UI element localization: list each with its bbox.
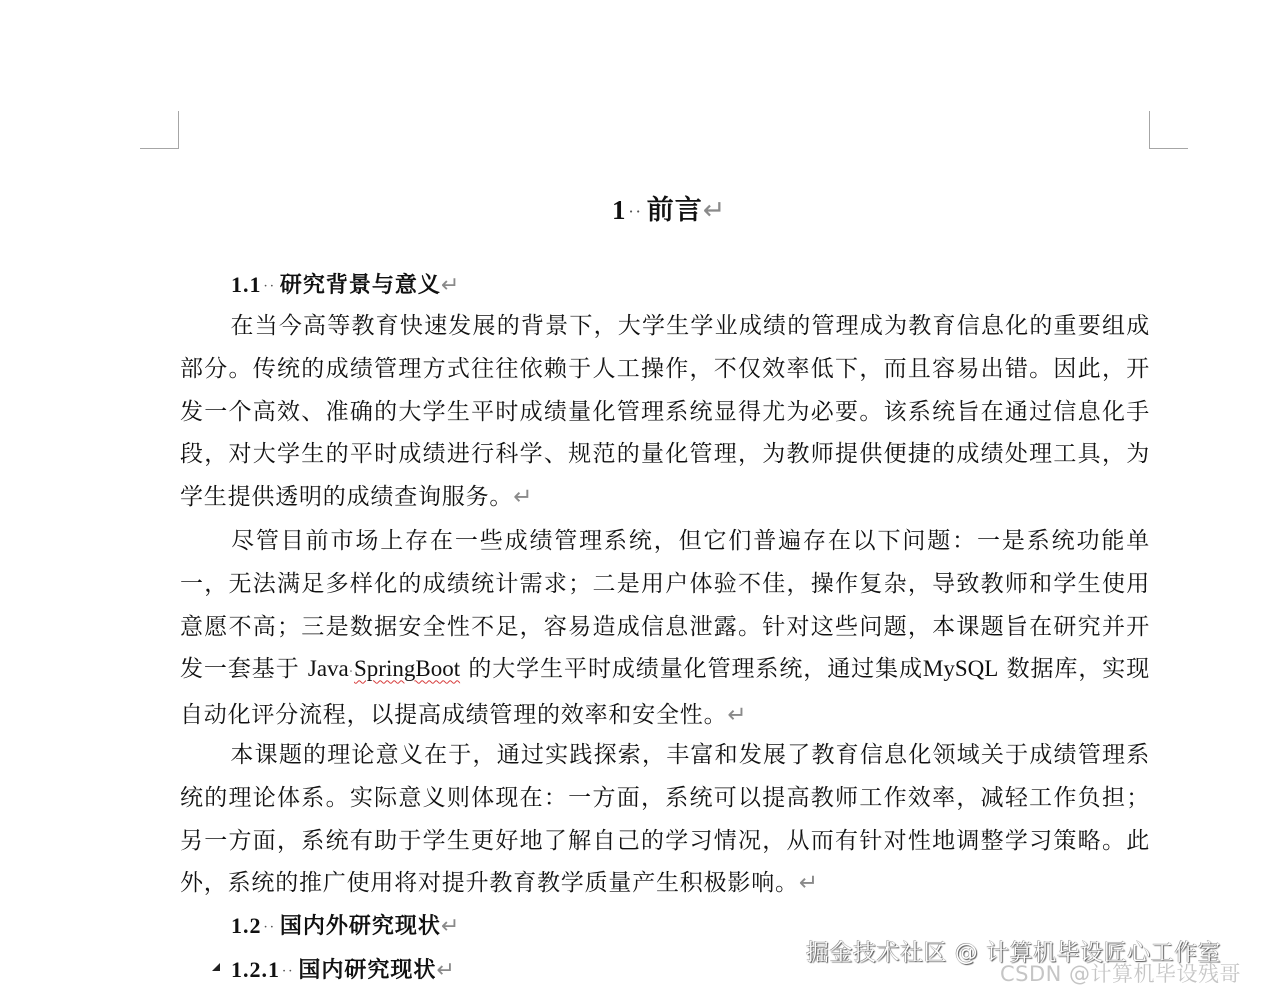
term-java: Java <box>308 656 349 681</box>
heading-number: 1.2 <box>231 913 262 938</box>
tab-space-marks: ·· <box>629 202 643 221</box>
heading-title: 研究背景与意义 <box>280 272 441 298</box>
margin-corner-mark-top-right <box>1149 111 1188 149</box>
heading-title: 国内研究现状 <box>298 957 436 983</box>
watermark-csdn: CSDN @计算机毕设残哥 <box>1000 958 1241 988</box>
collapse-heading-triangle-icon[interactable] <box>212 963 220 971</box>
paragraph-text: 在当今高等教育快速发展的背景下，大学生学业成绩的管理成为教育信息化的重要组成部分… <box>180 313 1150 510</box>
heading-title: 前言 <box>647 195 703 226</box>
document-page[interactable]: 1··前言↵ 1.1··研究背景与意义↵ 在当今高等教育快速发展的背景下，大学生… <box>0 0 1267 992</box>
heading-1-2-1-domestic-status[interactable]: 1.2.1··国内研究现状↵ <box>231 953 456 984</box>
paragraph-mark-icon: ↵ <box>441 914 460 939</box>
heading-1-2-research-status[interactable]: 1.2··国内外研究现状↵ <box>231 909 460 940</box>
paragraph-significance[interactable]: 本课题的理论意义在于，通过实践探索，丰富和发展了教育信息化领域关于成绩管理系统的… <box>180 734 1150 905</box>
term-mysql: MySQL <box>923 656 998 681</box>
paragraph-mark-icon: ↵ <box>727 702 747 728</box>
paragraph-text: 本课题的理论意义在于，通过实践探索，丰富和发展了教育信息化领域关于成绩管理系统的… <box>180 742 1150 896</box>
tab-space-marks: ·· <box>282 964 294 979</box>
heading-number: 1.1 <box>231 272 262 297</box>
paragraph-problems[interactable]: 尽管目前市场上存在一些成绩管理系统，但它们普遍存在以下问题：一是系统功能单一，无… <box>180 520 1150 737</box>
paragraph-mark-icon: ↵ <box>436 958 455 983</box>
paragraph-text: 的大学生平时成绩量化管理系统，通过集成 <box>460 656 923 682</box>
heading-1-preface[interactable]: 1··前言↵ <box>612 188 726 227</box>
margin-corner-mark-top-left <box>140 111 179 149</box>
paragraph-mark-icon: ↵ <box>441 273 460 298</box>
heading-title: 国内外研究现状 <box>280 913 441 939</box>
tab-space-marks: ·· <box>264 920 276 935</box>
heading-1-1-background[interactable]: 1.1··研究背景与意义↵ <box>231 268 460 299</box>
paragraph-mark-icon: ↵ <box>513 484 533 510</box>
term-springboot-spelling-flag[interactable]: SpringBoot <box>354 656 460 681</box>
heading-number: 1 <box>612 195 627 225</box>
paragraph-mark-icon: ↵ <box>799 870 819 896</box>
paragraph-mark-icon: ↵ <box>703 195 727 226</box>
heading-number: 1.2.1 <box>231 957 280 982</box>
tab-space-marks: ·· <box>264 279 276 294</box>
paragraph-background[interactable]: 在当今高等教育快速发展的背景下，大学生学业成绩的管理成为教育信息化的重要组成部分… <box>180 305 1150 519</box>
